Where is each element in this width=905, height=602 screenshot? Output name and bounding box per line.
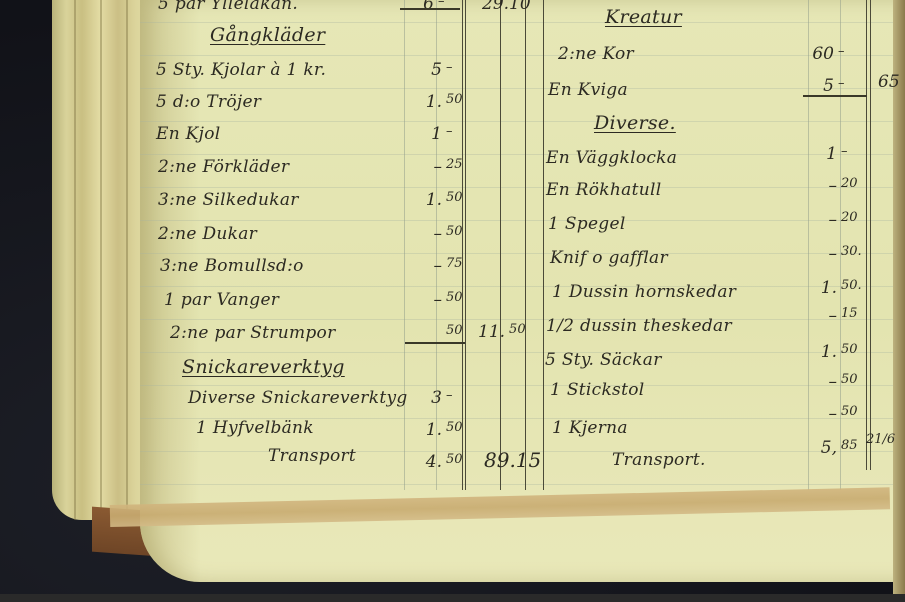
- entry-amount: 5–: [812, 76, 860, 96]
- entry-amount: –20: [815, 176, 863, 196]
- entry-amount: –30.: [815, 244, 863, 264]
- entry-text: 5 Sty. Kjolar à 1 kr.: [156, 60, 326, 80]
- entry-text: 5 Sty. Säckar: [545, 350, 662, 370]
- entry-amount: 1.50.: [815, 278, 863, 298]
- transport-label: Transport.: [612, 450, 706, 470]
- entry-amount: –25: [420, 157, 468, 177]
- entry-amount: 1.50: [420, 92, 468, 112]
- carried-amount: 29.10: [482, 0, 531, 14]
- entry-text: 3:ne Bomullsd:o: [160, 256, 304, 276]
- entry-text: 1 par Vanger: [164, 290, 279, 310]
- transport-carried: 89.15: [484, 448, 541, 472]
- transport-amount: 5,85: [815, 438, 863, 458]
- entry-amount: –50: [815, 404, 863, 424]
- entry-text: 5 d:o Tröjer: [156, 92, 261, 112]
- entry-text: Diverse Snickareverktyg: [188, 388, 408, 408]
- entry-amount: 1.50: [815, 342, 863, 362]
- entry-amount: –15: [815, 306, 863, 326]
- section-heading-diverse: Diverse.: [594, 112, 676, 134]
- entry-amount: 5–: [420, 60, 468, 80]
- entry-text: 1 Kjerna: [552, 418, 628, 438]
- entry-amount: –50: [815, 372, 863, 392]
- entry-amount: –50: [420, 224, 468, 244]
- entry-amount: 1–: [420, 124, 468, 144]
- entry-text: 1 Hyfvelbänk: [196, 418, 314, 438]
- transport-carried: 21/6: [866, 432, 895, 447]
- entry-amount: 1.50: [420, 190, 468, 210]
- entry-text: 5 par Yllelakan.: [158, 0, 298, 14]
- entry-text: En Rökhatull: [546, 180, 661, 200]
- entry-amount: –50: [420, 290, 468, 310]
- entry-text: 1/2 dussin theskedar: [546, 316, 732, 336]
- entry-amount: –75: [420, 256, 468, 276]
- entry-text: 2:ne Dukar: [158, 224, 257, 244]
- transport-label: Transport: [268, 446, 356, 466]
- section-subtotal: 11.50: [478, 322, 531, 342]
- entry-text: 2:ne Kor: [558, 44, 634, 64]
- entry-text: Knif o gafflar: [550, 248, 668, 268]
- section-heading-snickareverktyg: Snickareverktyg: [182, 356, 345, 378]
- entry-text: En Kviga: [548, 80, 628, 100]
- entry-text: 1 Stickstol: [550, 380, 644, 400]
- section-heading-gangklader: Gångkläder: [210, 24, 325, 46]
- entry-amount: 1.50: [420, 420, 468, 440]
- entry-text: 1 Spegel: [548, 214, 626, 234]
- entry-amount: –20: [815, 210, 863, 230]
- section-heading-kreatur: Kreatur: [605, 6, 682, 28]
- entry-amount: 50: [420, 323, 468, 343]
- entry-text: En Kjol: [156, 124, 221, 144]
- entry-amount: 6–: [412, 0, 460, 14]
- entry-amount: 3–: [420, 388, 468, 408]
- entry-text: 2:ne Förkläder: [158, 157, 289, 177]
- entry-amount: 60–: [812, 44, 860, 64]
- entry-text: 1 Dussin hornskedar: [552, 282, 736, 302]
- transport-amount: 4.50: [420, 452, 468, 472]
- entry-text: 2:ne par Strumpor: [170, 323, 336, 343]
- section-subtotal: 65: [878, 72, 900, 92]
- entry-text: En Väggklocka: [546, 148, 677, 168]
- entry-text: 3:ne Silkedukar: [158, 190, 299, 210]
- entry-amount: 1–: [815, 144, 863, 164]
